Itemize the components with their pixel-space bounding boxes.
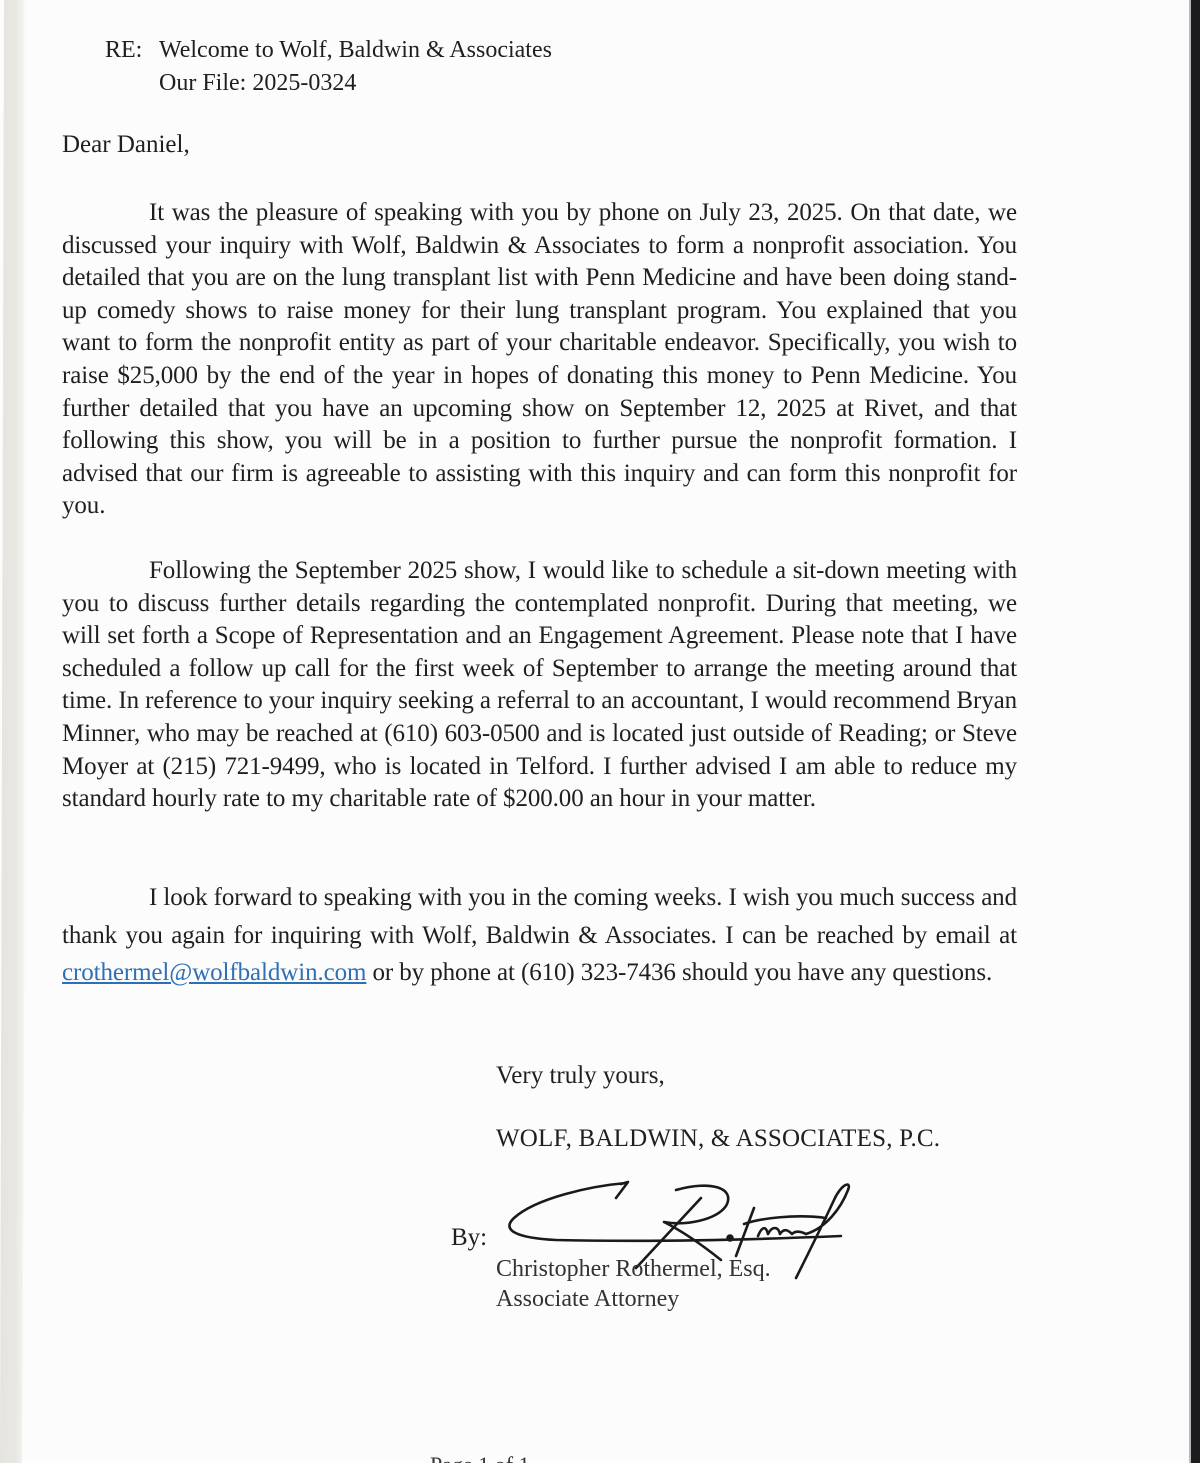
letter-page: RE: Welcome to Wolf, Baldwin & Associate… [0,0,1189,1463]
body-paragraph-2: Following the September 2025 show, I wou… [62,555,1017,816]
page-footer-partial: Page 1 of 1 [430,1452,560,1463]
closing-paragraph-text-after: or by phone at (610) 323-7436 should you… [366,959,992,986]
complimentary-close: Very truly yours, [496,1062,665,1090]
email-link[interactable]: crothermel@wolfbaldwin.com [62,959,366,986]
re-subject-line: RE: Welcome to Wolf, Baldwin & Associate… [105,34,552,67]
body-paragraph-3: I look forward to speaking with you in t… [62,879,1017,992]
salutation: Dear Daniel, [62,131,190,159]
re-subject: Welcome to Wolf, Baldwin & Associates [159,34,552,67]
re-label: RE: [105,34,159,67]
signer-title: Associate Attorney [496,1286,679,1313]
viewer-right-edge [1189,0,1200,1463]
file-reference: Our File: 2025-0324 [105,67,552,100]
signer-name: Christopher Rothermel, Esq. [496,1256,771,1283]
closing-paragraph-text-before: I look forward to speaking with you in t… [62,884,1017,949]
firm-name: WOLF, BALDWIN, & ASSOCIATES, P.C. [496,1125,940,1153]
re-block: RE: Welcome to Wolf, Baldwin & Associate… [105,34,552,100]
body-paragraph-1: It was the pleasure of speaking with you… [62,197,1017,523]
by-label: By: [451,1224,487,1252]
